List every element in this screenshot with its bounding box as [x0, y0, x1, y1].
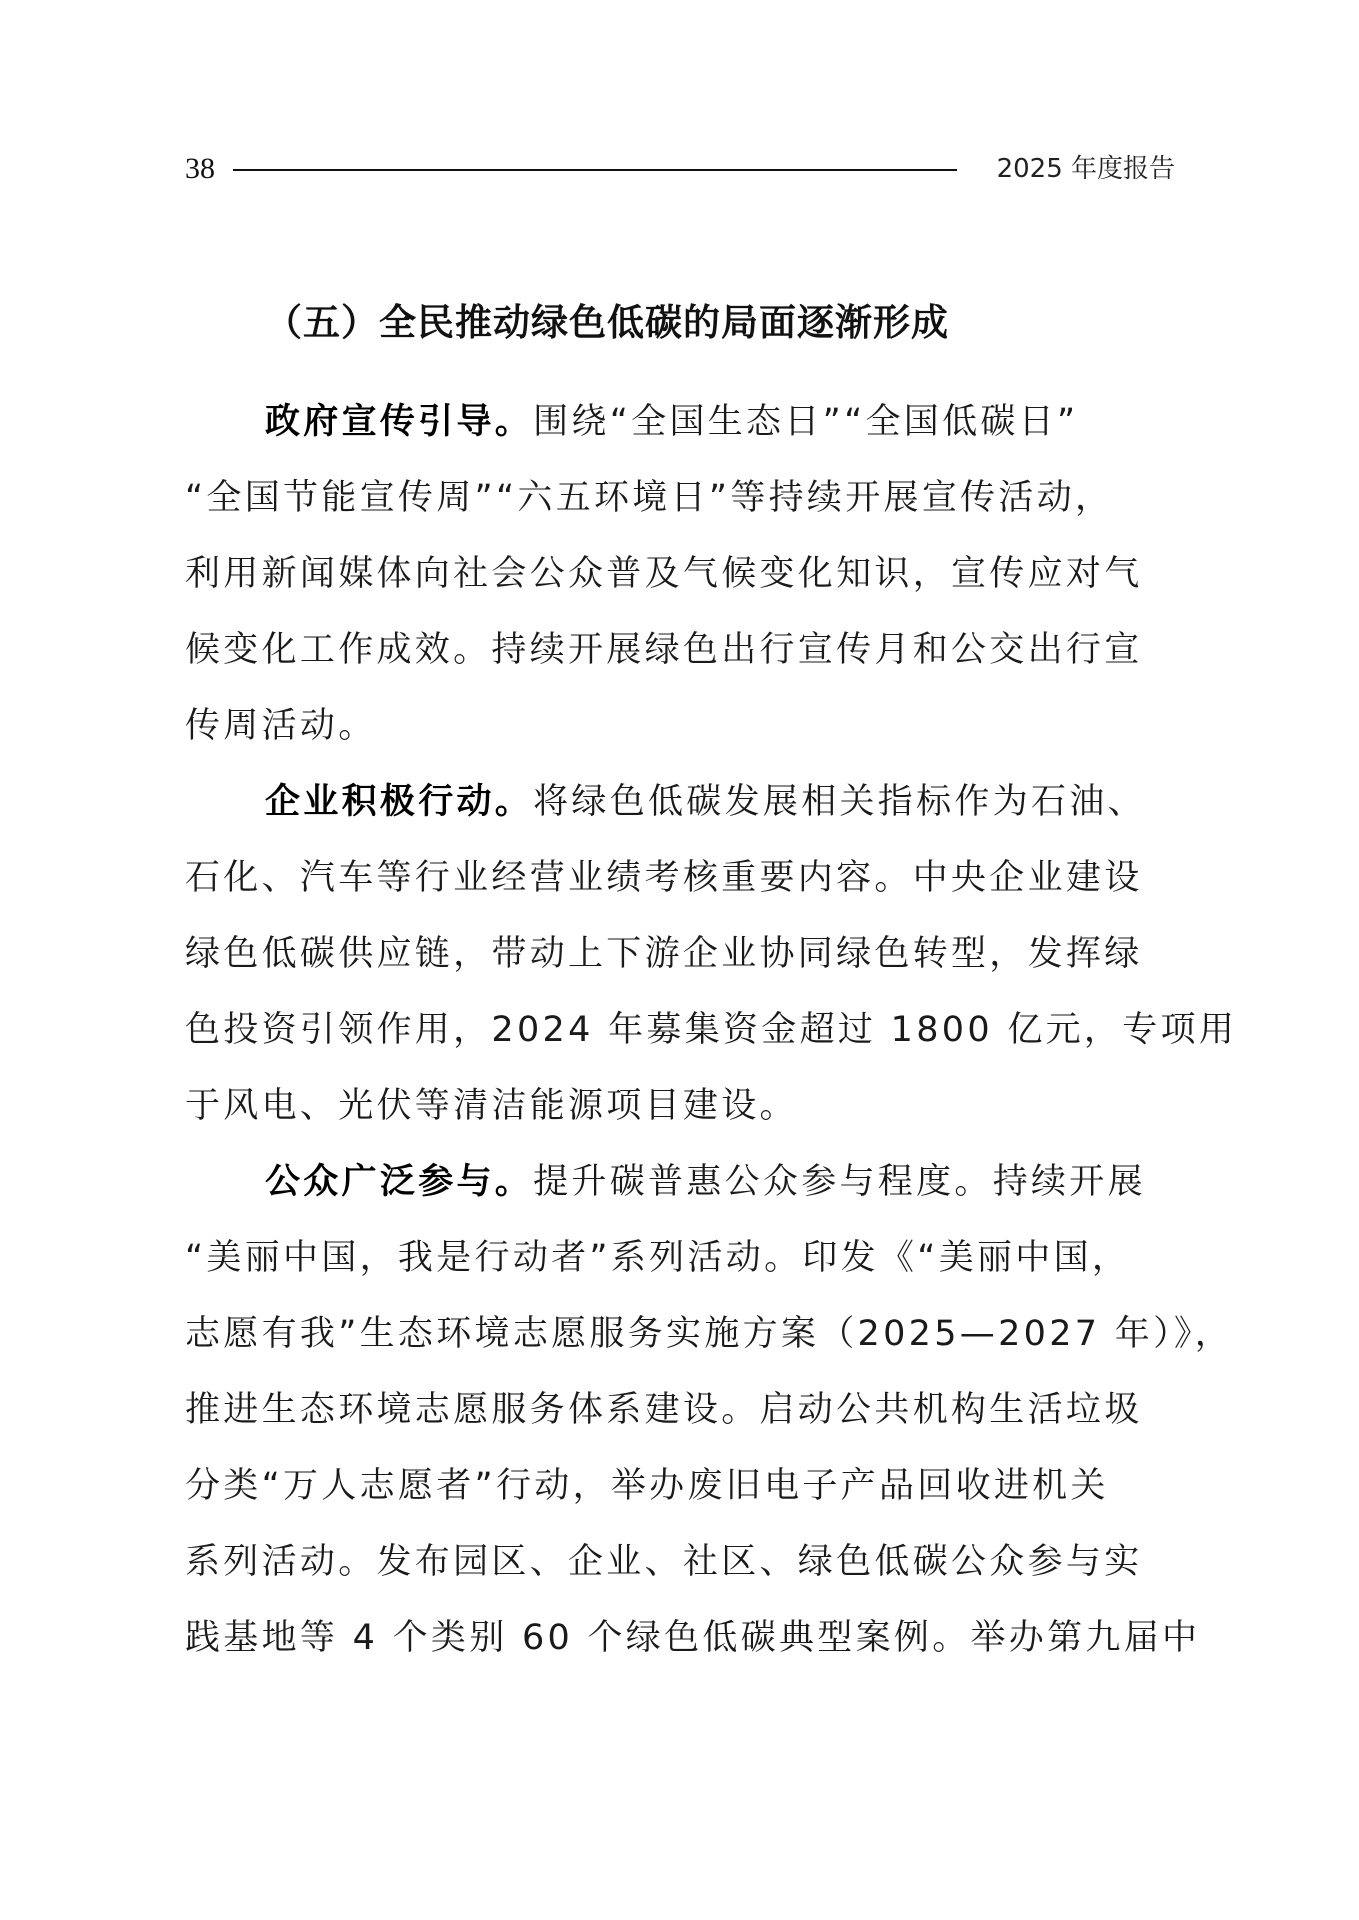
line-text: 将绿色低碳发展相关指标作为石油、 [533, 782, 1146, 822]
lead-in-title: 政府宣传引导。 [265, 402, 533, 442]
paragraph-line: 政府宣传引导。围绕“全国生态日”“全国低碳日” [185, 384, 1173, 460]
report-title: 2025 年度报告 [997, 148, 1175, 190]
paragraph-line: 于风电、光伏等清洁能源项目建设。 [185, 1068, 1173, 1144]
line-text: 围绕“全国生态日”“全国低碳日” [533, 402, 1078, 442]
paragraph-line: 志愿有我”生态环境志愿服务实施方案（2025—2027 年）》， [185, 1296, 1173, 1372]
running-header: 38 2025 年度报告 [185, 148, 1175, 190]
section-heading: （五）全民推动绿色低碳的局面逐渐形成 [185, 284, 1173, 360]
lead-in-title: 公众广泛参与。 [265, 1162, 533, 1202]
paragraph-line: 企业积极行动。将绿色低碳发展相关指标作为石油、 [185, 764, 1173, 840]
page-content: （五）全民推动绿色低碳的局面逐渐形成 政府宣传引导。围绕“全国生态日”“全国低碳… [185, 284, 1173, 1676]
paragraph-line: 公众广泛参与。提升碳普惠公众参与程度。持续开展 [185, 1144, 1173, 1220]
paragraph-line: 推进生态环境志愿服务体系建设。启动公共机构生活垃圾 [185, 1372, 1173, 1448]
paragraph-line: 分类“万人志愿者”行动，举办废旧电子产品回收进机关 [185, 1448, 1173, 1524]
paragraph-public-participation: 公众广泛参与。提升碳普惠公众参与程度。持续开展 “美丽中国，我是行动者”系列活动… [185, 1144, 1173, 1676]
paragraph-line: “美丽中国，我是行动者”系列活动。印发《“美丽中国， [185, 1220, 1173, 1296]
paragraph-line: 践基地等 4 个类别 60 个绿色低碳典型案例。举办第九届中 [185, 1600, 1173, 1676]
paragraph-line: 色投资引领作用，2024 年募集资金超过 1800 亿元，专项用 [185, 992, 1173, 1068]
paragraph-line: 绿色低碳供应链，带动上下游企业协同绿色转型，发挥绿 [185, 916, 1173, 992]
header-rule [233, 169, 957, 171]
paragraph-line: 系列活动。发布园区、企业、社区、绿色低碳公众参与实 [185, 1524, 1173, 1600]
paragraph-line: 利用新闻媒体向社会公众普及气候变化知识，宣传应对气 [185, 536, 1173, 612]
lead-in-title: 企业积极行动。 [265, 782, 533, 822]
paragraph-line: 传周活动。 [185, 688, 1173, 764]
paragraph-line: 石化、汽车等行业经营业绩考核重要内容。中央企业建设 [185, 840, 1173, 916]
paragraph-government-publicity: 政府宣传引导。围绕“全国生态日”“全国低碳日” “全国节能宣传周”“六五环境日”… [185, 384, 1173, 764]
page-number: 38 [185, 148, 215, 190]
paragraph-line: 候变化工作成效。持续开展绿色出行宣传月和公交出行宣 [185, 612, 1173, 688]
paragraph-line: “全国节能宣传周”“六五环境日”等持续开展宣传活动， [185, 460, 1173, 536]
paragraph-enterprise-action: 企业积极行动。将绿色低碳发展相关指标作为石油、 石化、汽车等行业经营业绩考核重要… [185, 764, 1173, 1144]
line-text: 提升碳普惠公众参与程度。持续开展 [533, 1162, 1146, 1202]
